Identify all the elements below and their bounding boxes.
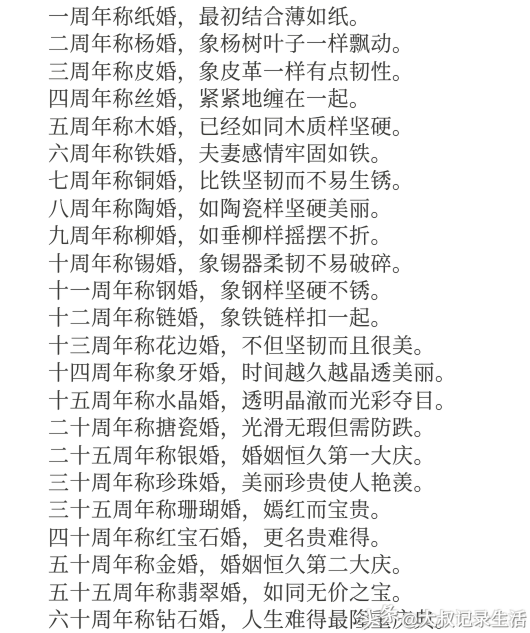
list-line: 十三周年称花边婚，不但坚韧而且很美。 — [48, 333, 530, 360]
list-line: 三周年称皮婚，象皮革一样有点韧性。 — [48, 59, 530, 86]
list-line: 五十周年称金婚，婚姻恒久第二大庆。 — [48, 552, 530, 579]
list-line: 九周年称柳婚，如垂柳样摇摆不折。 — [48, 223, 530, 250]
list-line: 四周年称丝婚，紧紧地缠在一起。 — [48, 86, 530, 113]
list-line: 一周年称纸婚，最初结合薄如纸。 — [48, 4, 530, 31]
list-line: 十周年称锡婚，象锡器柔韧不易破碎。 — [48, 251, 530, 278]
watermark-account-name: 大叔记录生活 — [419, 610, 527, 629]
list-line: 六周年称铁婚，夫妻感情牢固如铁。 — [48, 141, 530, 168]
watermark-at-symbol: @ — [401, 610, 419, 629]
list-line: 五十五周年称翡翠婚，如同无价之宝。 — [48, 580, 530, 607]
list-line: 十二周年称链婚，象铁链样扣一起。 — [48, 305, 530, 332]
list-line: 十五周年称水晶婚，透明晶澈而光彩夺目。 — [48, 388, 530, 415]
anniversary-list: 一周年称纸婚，最初结合薄如纸。 二周年称杨婚，象杨树叶子一样飘动。 三周年称皮婚… — [48, 4, 530, 633]
list-line: 四十周年称红宝石婚，更名贵难得。 — [48, 525, 530, 552]
list-line: 七周年称铜婚，比铁坚韧而不易生锈。 — [48, 168, 530, 195]
list-line: 五周年称木婚，已经如同木质样坚硬。 — [48, 114, 530, 141]
list-line: 二十周年称搪瓷婚，光滑无瑕但需防跌。 — [48, 415, 530, 442]
list-line: 二十五周年称银婚，婚姻恒久第一大庆。 — [48, 443, 530, 470]
watermark: 头条@大叔记录生活 — [360, 604, 527, 631]
list-line: 三十周年称珍珠婚，美丽珍贵使人艳羡。 — [48, 470, 530, 497]
list-line: 二周年称杨婚，象杨树叶子一样飘动。 — [48, 31, 530, 58]
list-line: 十一周年称钢婚，象钢样坚硬不锈。 — [48, 278, 530, 305]
list-line: 八周年称陶婚，如陶瓷样坚硬美丽。 — [48, 196, 530, 223]
list-line: 三十五周年称珊瑚婚，嫣红而宝贵。 — [48, 497, 530, 524]
list-line: 十四周年称象牙婚，时间越久越晶透美丽。 — [48, 360, 530, 387]
